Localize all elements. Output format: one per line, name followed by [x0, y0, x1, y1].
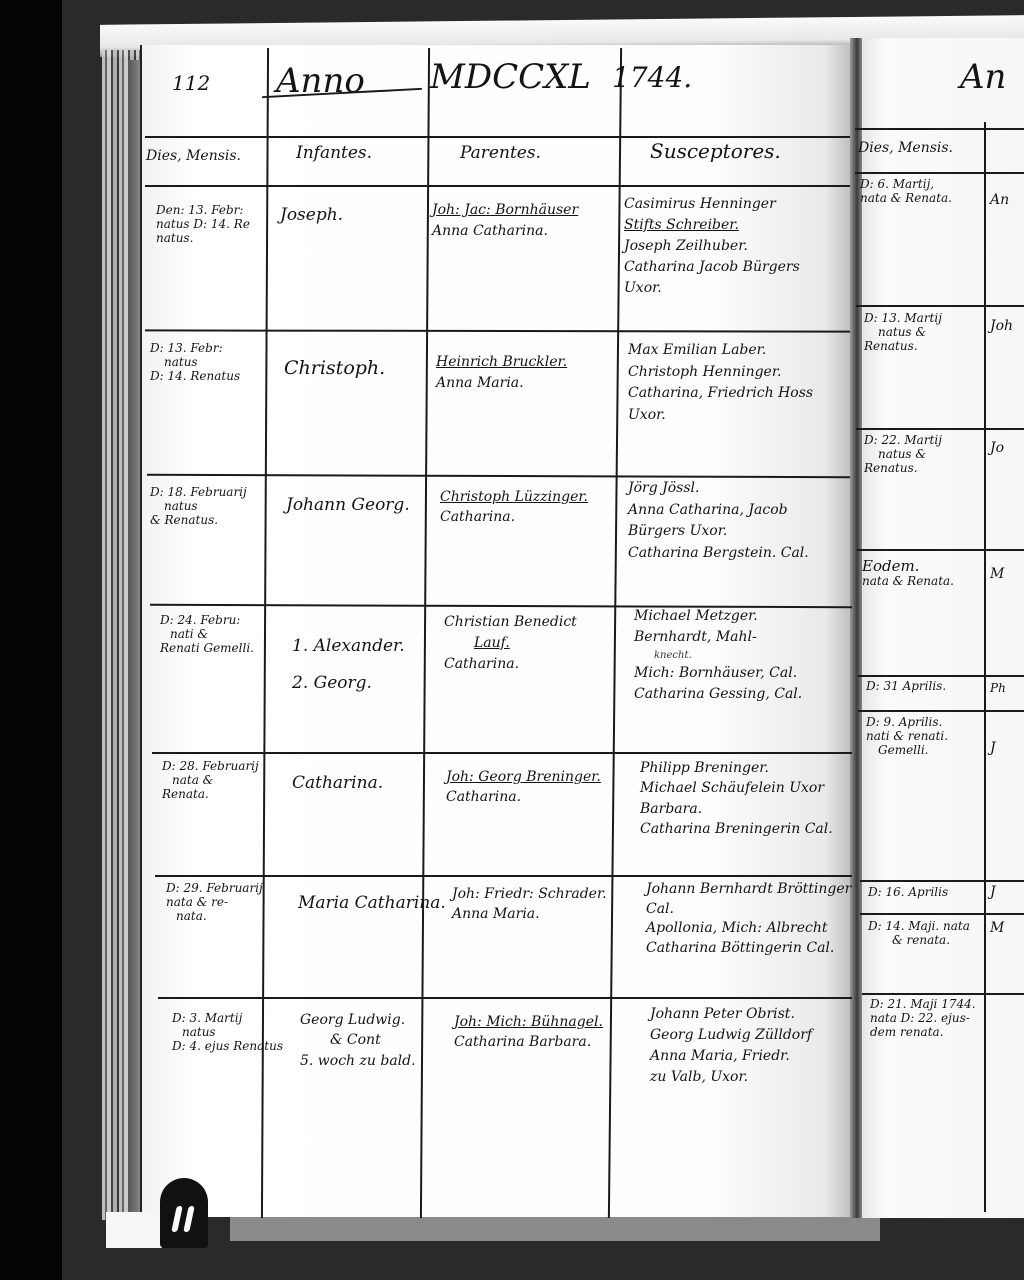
right-column-divider [984, 122, 986, 1212]
right-row-divider [855, 128, 1024, 130]
row-divider [155, 875, 852, 877]
entry-date: Den: 13. Febr:natus D: 14. Renatus. [156, 204, 250, 245]
page-bottom-edge [230, 1215, 880, 1241]
right-header-dies-mensis: Dies, Mensis. [858, 140, 953, 156]
entry-godparents: Johann Peter Obrist.Georg Ludwig Zülldor… [650, 1004, 812, 1088]
right-entry-date: D: 9. Aprilis.nati & renati.Gemelli. [866, 716, 948, 757]
right-next-col-fragment: Jo [990, 440, 1004, 456]
header-infantes: Infantes. [296, 144, 372, 164]
entry-date: D: 18. Februarijnatus& Renatus. [150, 486, 247, 527]
entry-parents: Joh: Georg Breninger.Catharina. [446, 768, 601, 807]
entry-date: D: 3. MartijnatusD: 4. ejus Renatus [172, 1012, 283, 1053]
entry-parents: Joh: Friedr: Schrader.Anna Maria. [452, 884, 607, 925]
right-entry-date: D: 31 Aprilis. [866, 680, 946, 694]
header-dies-mensis: Dies, Mensis. [146, 148, 241, 164]
right-page [862, 38, 1024, 1218]
entry-godparents: Max Emilian Laber.Christoph Henninger.Ca… [628, 340, 813, 427]
row-divider [145, 136, 850, 138]
title-year-arabic: 1744. [612, 62, 692, 94]
entry-parents: Christian BenedictLauf.Catharina. [444, 612, 577, 675]
right-entry-date: Eodem.nata & Renata. [862, 558, 954, 589]
right-row-divider [862, 993, 1024, 995]
page-tab-marker-icon [160, 1178, 208, 1248]
right-next-col-fragment: J [990, 740, 996, 756]
right-row-divider [856, 305, 1024, 307]
title-year-roman: MDCCXL [430, 58, 591, 97]
entry-date: D: 13. Febr:natusD: 14. Renatus [150, 342, 240, 383]
entry-date: D: 24. Febru:nati &Renati Gemelli. [160, 614, 254, 655]
entry-godparents: Philipp Breninger.Michael Schäufelein Ux… [640, 758, 833, 839]
entry-godparents: Michael Metzger.Bernhardt, Mahl-knecht.M… [634, 606, 802, 705]
right-next-col-fragment: Joh [990, 318, 1013, 334]
entry-infant: Joseph. [280, 206, 343, 226]
entry-infant: Georg Ludwig.& Cont5. woch zu bald. [300, 1010, 416, 1071]
row-divider [152, 752, 852, 754]
entry-date: D: 28. Februarijnata &Renata. [162, 760, 259, 801]
right-row-divider [860, 880, 1024, 882]
paper-tab [106, 1212, 162, 1248]
right-entry-date: D: 22. Martijnatus &Renatus. [864, 434, 942, 475]
page-number: 112 [172, 72, 210, 95]
entry-infant: Christoph. [284, 358, 385, 380]
right-entry-date: D: 14. Maji. nata& renata. [868, 920, 970, 948]
right-next-col-fragment: An [990, 192, 1009, 208]
entry-parents: Heinrich Bruckler.Anna Maria. [436, 352, 567, 394]
right-row-divider [857, 549, 1024, 551]
right-entry-date: D: 6. Martij,nata & Renata. [860, 178, 952, 206]
header-susceptores: Susceptores. [650, 140, 781, 163]
right-row-divider [858, 710, 1024, 712]
entry-infant: Catharina. [292, 774, 383, 794]
right-title-fragment: An [960, 58, 1006, 97]
right-next-col-fragment: J [990, 884, 996, 900]
row-divider [158, 997, 852, 999]
entry-godparents: Jörg Jössl.Anna Catharina, JacobBürgers … [628, 478, 809, 565]
entry-infant: Johann Georg. [286, 496, 410, 516]
entry-godparents: Casimirus HenningerStifts Schreiber.Jose… [624, 194, 800, 299]
entry-godparents: Johann Bernhardt BröttingerCal.Apollonia… [646, 880, 851, 958]
entry-infant: Maria Catharina. [298, 894, 446, 914]
entry-date: D: 29. Februarijnata & re-nata. [166, 882, 263, 923]
right-row-divider [858, 675, 1024, 677]
entry-parents: Joh: Jac: BornhäuserAnna Catharina. [432, 200, 578, 242]
right-row-divider [856, 428, 1024, 430]
entry-parents: Joh: Mich: Bühnagel.Catharina Barbara. [454, 1012, 603, 1053]
right-next-col-fragment: M [990, 566, 1004, 582]
scan-left-edge [0, 0, 62, 1280]
right-row-divider [855, 172, 1024, 174]
right-entry-date: D: 16. Aprilis [868, 886, 948, 900]
header-parentes: Parentes. [460, 144, 541, 164]
right-entry-date: D: 21. Maji 1744.nata D: 22. ejus-dem re… [870, 998, 976, 1039]
right-entry-date: D: 13. Martijnatus &Renatus. [864, 312, 942, 353]
entry-infant: 1. Alexander.2. Georg. [292, 628, 405, 703]
entry-parents: Christoph Lüzzinger.Catharina. [440, 488, 588, 527]
right-next-col-fragment: M [990, 920, 1004, 936]
right-row-divider [860, 913, 1024, 915]
row-divider [145, 185, 850, 187]
right-next-col-fragment: Ph [990, 682, 1006, 696]
